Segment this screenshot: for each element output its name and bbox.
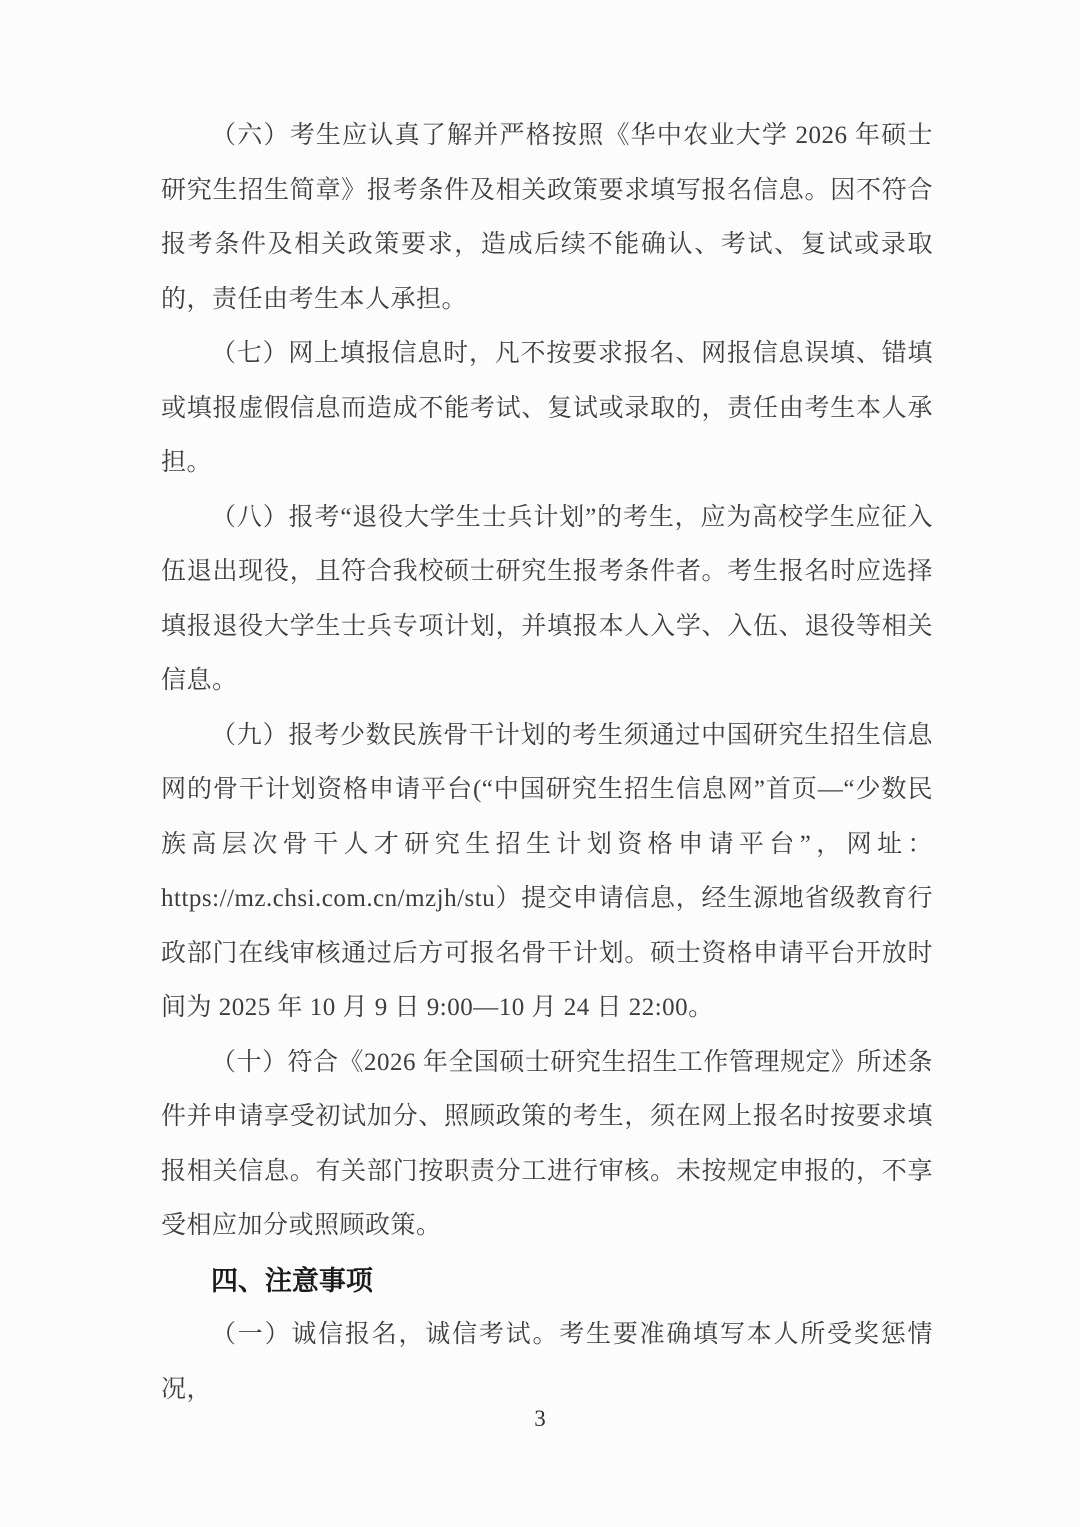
paragraph-item-9: （九）报考少数民族骨干计划的考生须通过中国研究生招生信息网的骨干计划资格申请平台… [161,709,933,1036]
page-number: 3 [0,1404,1080,1434]
content-area: （六）考生应认真了解并严格按照《华中农业大学 2026 年硕士研究生招生简章》报… [161,109,933,1417]
section-heading-notes: 四、注意事项 [161,1254,933,1309]
paragraph-item-8: （八）报考“退役大学生士兵计划”的考生，应为高校学生应征入伍退出现役，且符合我校… [161,491,933,709]
paragraph-note-1: （一）诚信报名，诚信考试。考生要准确填写本人所受奖惩情况， [161,1308,933,1417]
paragraph-item-10: （十）符合《2026 年全国硕士研究生招生工作管理规定》所述条件并申请享受初试加… [161,1036,933,1254]
paragraph-item-7: （七）网上填报信息时，凡不按要求报名、网报信息误填、错填或填报虚假信息而造成不能… [161,327,933,491]
paragraph-item-6: （六）考生应认真了解并严格按照《华中农业大学 2026 年硕士研究生招生简章》报… [161,109,933,327]
document-page: （六）考生应认真了解并严格按照《华中农业大学 2026 年硕士研究生招生简章》报… [0,0,1080,1527]
